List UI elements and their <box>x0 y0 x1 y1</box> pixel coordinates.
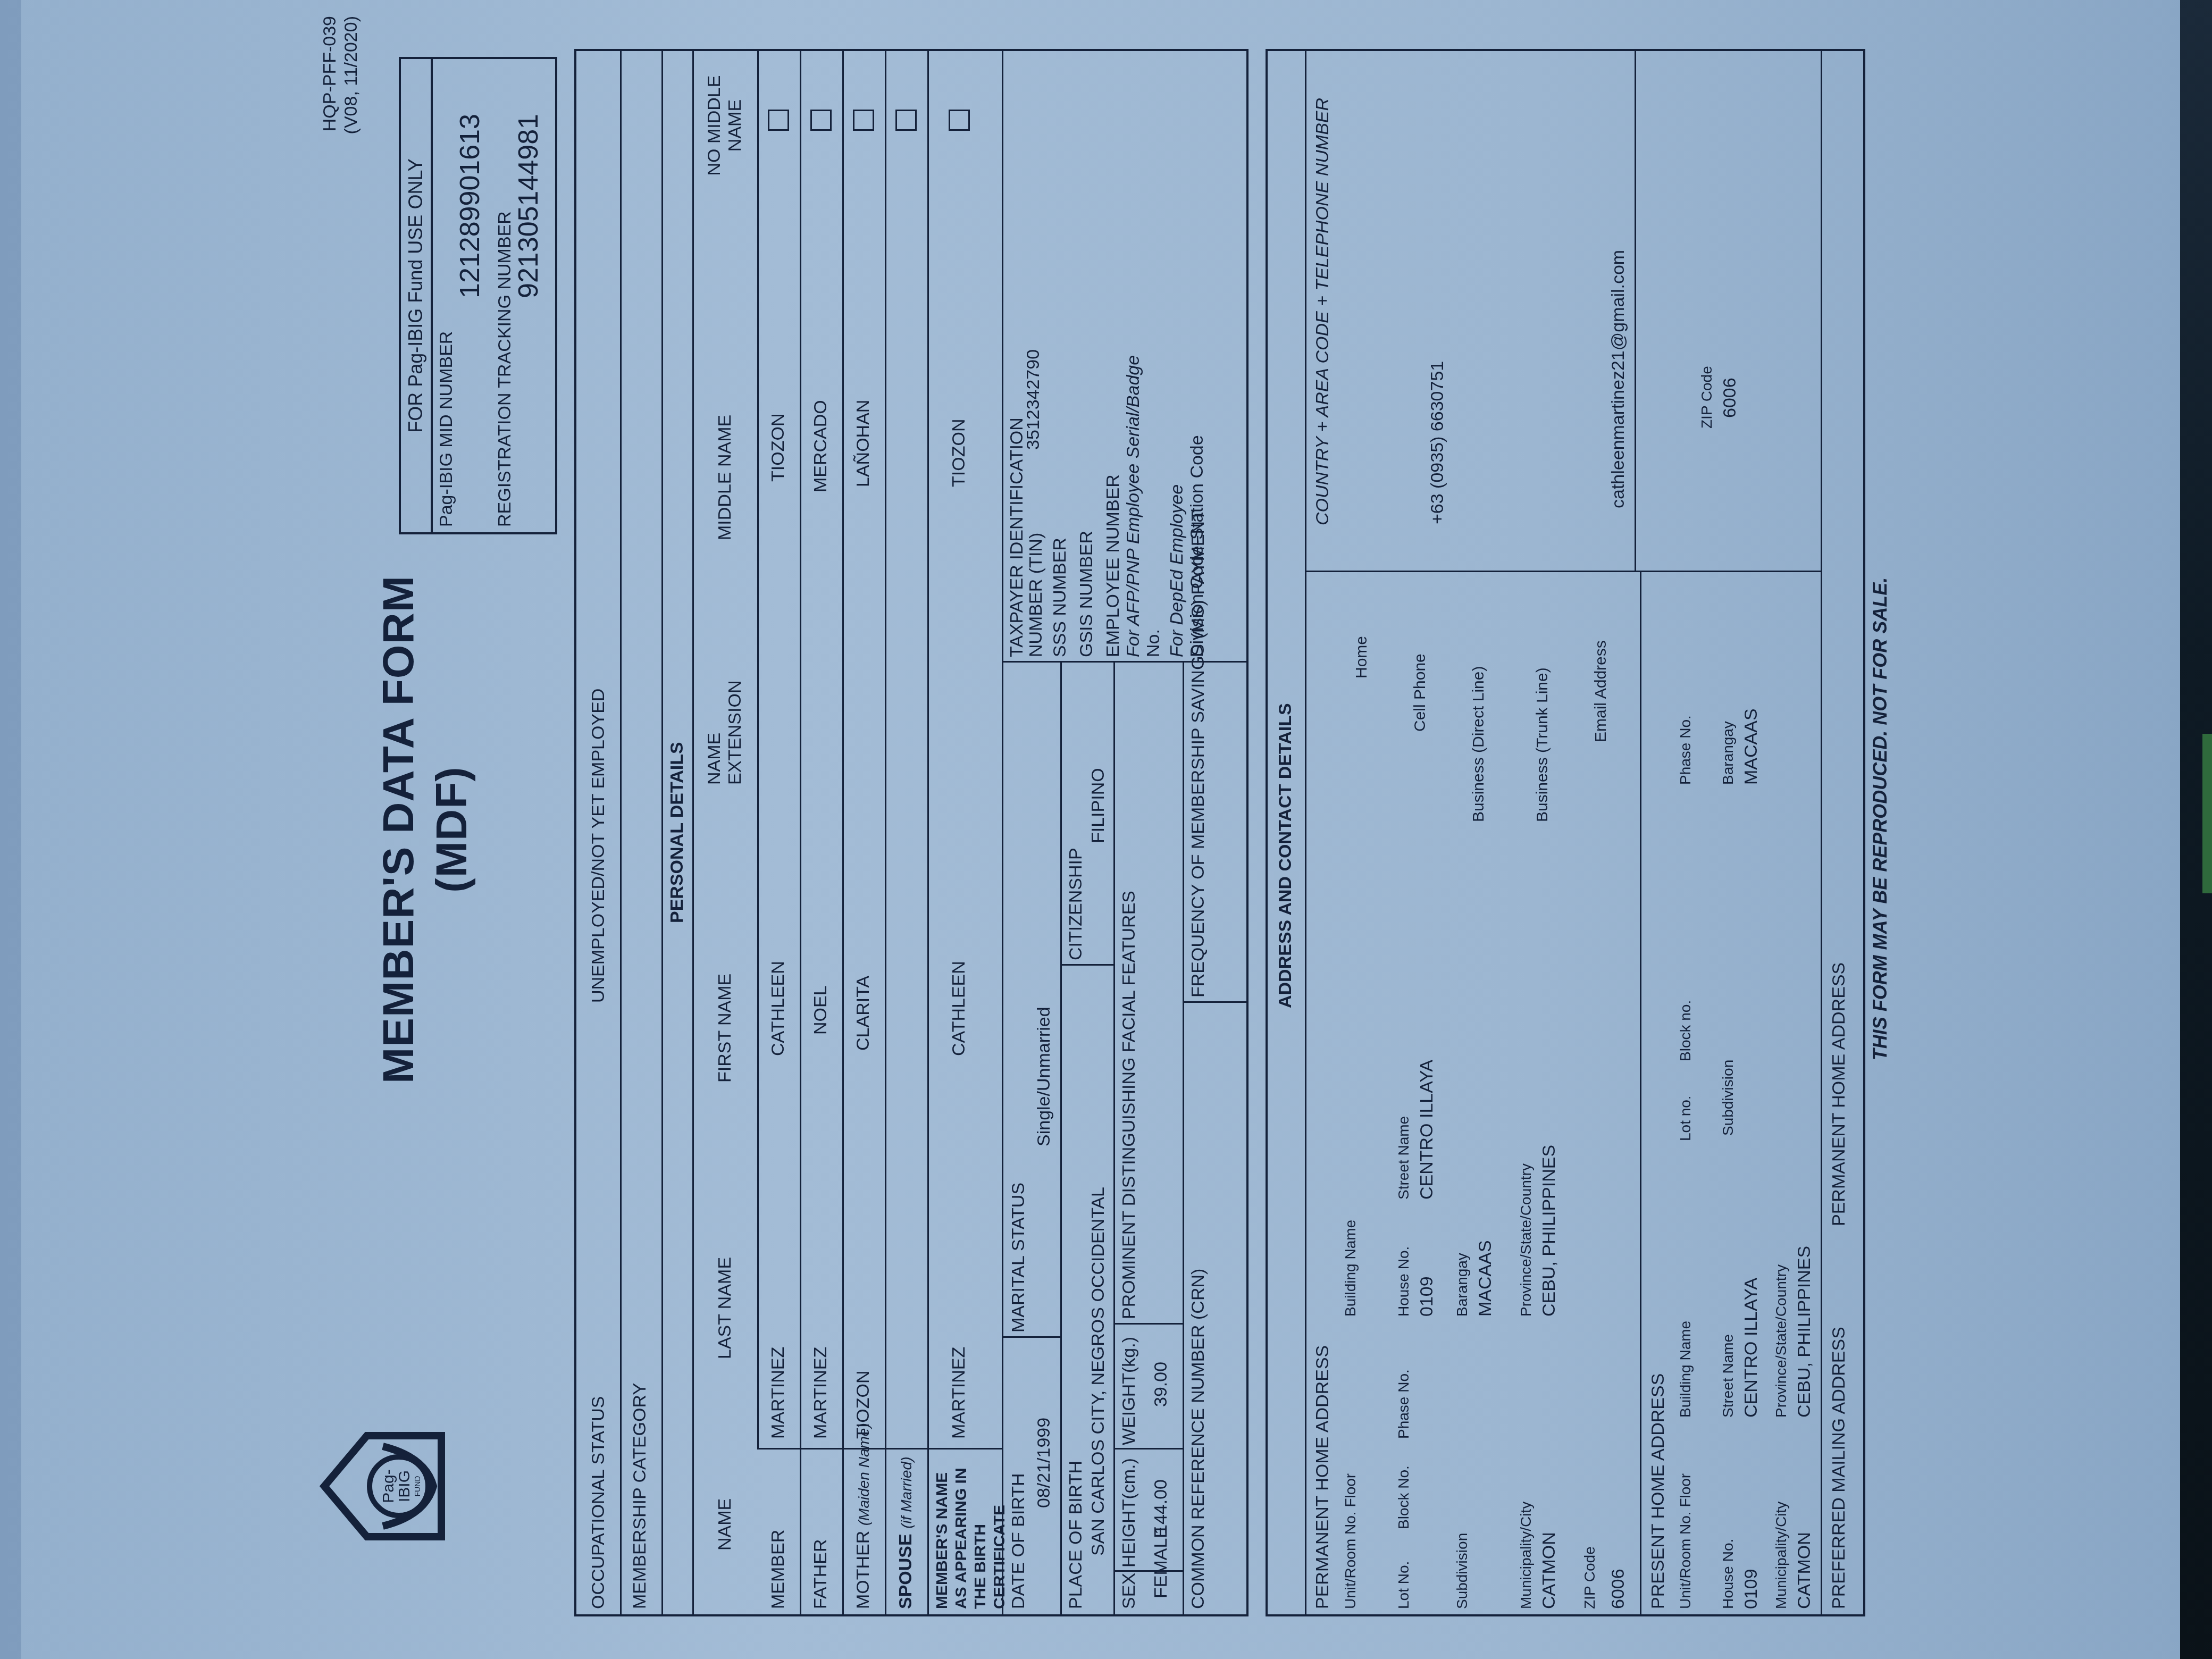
facial-features-label: PROMINENT DISTINGUISHING FACIAL FEATURES <box>1119 891 1139 1319</box>
table-divider <box>1183 1001 1246 1003</box>
dob-label: DATE OF BIRTH <box>1008 1473 1029 1609</box>
weight-value[interactable]: 39.00 <box>1151 1362 1171 1407</box>
sex-label: SEX <box>1119 1573 1139 1609</box>
last-name-field[interactable]: MARTINEZ <box>949 1347 969 1439</box>
marital-status-label: MARITAL STATUS <box>1008 1183 1029 1333</box>
table-divider <box>1821 51 1822 1614</box>
form-label: Block No. <box>1395 1465 1412 1529</box>
first-name-field[interactable]: NOEL <box>810 985 831 1035</box>
form-label: House No. <box>1720 1539 1737 1609</box>
table-divider <box>1060 964 1113 966</box>
table-divider <box>842 51 844 1614</box>
pres-province-value[interactable]: CEBU, PHILIPPINES <box>1794 1246 1815 1418</box>
employee-number-label: EMPLOYEE NUMBER For AFP/PNP Employee Ser… <box>1103 355 1207 657</box>
table-divider <box>1635 51 1636 572</box>
table-divider <box>692 51 694 1614</box>
citizenship-value[interactable]: FILIPINO <box>1088 768 1109 843</box>
preferred-mailing-label: PREFERRED MAILING ADDRESS <box>1829 1327 1849 1609</box>
membership-category-label: MEMBERSHIP CATEGORY <box>630 1383 650 1609</box>
form-label: Lot no. <box>1677 1095 1694 1141</box>
col-name: NAME <box>715 1498 735 1551</box>
table-divider <box>1002 1336 1060 1338</box>
row-label: SPOUSE (if Married) <box>895 1456 916 1609</box>
preferred-mailing-value[interactable]: PERMANENT HOME ADDRESS <box>1829 962 1849 1226</box>
table-divider <box>1640 572 1641 1614</box>
sss-value[interactable]: 3512342790 <box>1023 349 1044 450</box>
middle-name-field[interactable]: MERCADO <box>810 400 831 492</box>
form-label: Unit/Room No. Floor <box>1677 1473 1694 1609</box>
pob-label: PLACE OF BIRTH <box>1066 1461 1086 1609</box>
table-divider <box>800 51 801 1614</box>
form-label: Email Address <box>1592 640 1610 742</box>
background-object <box>2202 734 2212 893</box>
form-label: PERMANENT HOME ADDRESS <box>1312 1345 1333 1609</box>
form-version-text: (V08, 11/2020) <box>340 16 362 134</box>
form-label: Business (Direct Line) <box>1470 666 1488 822</box>
perm-province-value[interactable]: CEBU, PHILIPPINES <box>1539 1145 1560 1317</box>
table-divider <box>757 51 759 1449</box>
last-name-field[interactable]: MARTINEZ <box>810 1347 831 1439</box>
form-label: Barangay <box>1720 721 1737 785</box>
col-name-extension: NAME EXTENSION <box>704 678 745 785</box>
form-code-text: HQP-PFF-039 <box>319 16 340 134</box>
row-label: MOTHER (Maiden Name) <box>853 1423 874 1609</box>
no-middle-name-checkbox[interactable] <box>810 110 832 131</box>
svg-text:Pag-: Pag- <box>380 1469 397 1503</box>
pob-value[interactable]: SAN CARLOS CITY, NEGROS OCCIDENTAL <box>1088 1187 1109 1556</box>
address-contact-table: ADDRESS AND CONTACT DETAILS COUNTRY + AR… <box>1266 49 1865 1616</box>
table-divider <box>620 51 622 1614</box>
marital-status-value[interactable]: Single/Unmarried <box>1034 1007 1054 1146</box>
perm-zip-value[interactable]: 6006 <box>1608 1569 1629 1609</box>
perm-street-value[interactable]: CENTRO ILLAYA <box>1417 1060 1437 1200</box>
footer-notice: THIS FORM MAY BE REPRODUCED. NOT FOR SAL… <box>1869 11 1891 1627</box>
citizenship-label: CITIZENSHIP <box>1066 848 1086 960</box>
rtn-value: 921305144981 <box>513 114 544 298</box>
form-label: Province/State/Country <box>1773 1264 1790 1418</box>
form-label: Subdivision <box>1454 1533 1471 1609</box>
perm-house-no-value[interactable]: 0109 <box>1417 1276 1437 1317</box>
form-code: HQP-PFF-039 (V08, 11/2020) <box>319 16 362 134</box>
no-middle-name-checkbox[interactable] <box>895 110 917 131</box>
last-name-field[interactable]: MARTINEZ <box>768 1347 789 1439</box>
tin-label: TAXPAYER IDENTIFICATIONNUMBER (TIN) <box>1007 417 1045 657</box>
table-divider <box>885 51 886 1614</box>
last-name-field[interactable]: TIOZON <box>853 1371 874 1439</box>
pres-municipality-value[interactable]: CATMON <box>1794 1532 1815 1609</box>
middle-name-field[interactable]: LAÑOHAN <box>853 400 874 487</box>
no-middle-name-checkbox[interactable] <box>949 110 970 131</box>
cell-phone-value[interactable]: +63 (0935) 6630751 <box>1427 361 1448 524</box>
title-line-2: (MDF) <box>425 564 479 1095</box>
gsis-label: GSIS NUMBER <box>1076 531 1097 657</box>
table-divider <box>1113 1570 1183 1572</box>
pag-ibig-logo-icon: Pag- IBIG FUND <box>319 1425 452 1547</box>
pres-house-no-value[interactable]: 0109 <box>1741 1569 1762 1609</box>
form-label: House No. <box>1395 1246 1412 1317</box>
pres-zip-value[interactable]: 6006 <box>1720 378 1740 418</box>
form-label: Phase No. <box>1395 1369 1412 1439</box>
col-last-name: LAST NAME <box>715 1257 735 1359</box>
table-divider <box>1002 51 1003 1614</box>
occupational-status-value[interactable]: UNEMPLOYED/NOT YET EMPLOYED <box>588 689 609 1003</box>
first-name-field[interactable]: CLARITA <box>853 976 874 1051</box>
perm-barangay-value[interactable]: MACAAS <box>1475 1240 1496 1317</box>
form-label: Province/State/Country <box>1518 1163 1535 1317</box>
mid-number-label: Pag-IBIG MID NUMBER <box>436 331 457 527</box>
occupational-status-label: OCCUPATIONAL STATUS <box>588 1396 609 1609</box>
row-label: MEMBER'S NAME AS APPEARING IN THE BIRTH … <box>933 1449 1009 1609</box>
first-name-field[interactable]: CATHLEEN <box>949 961 969 1056</box>
table-divider <box>1060 663 1062 1614</box>
height-value[interactable]: 144.00 <box>1151 1479 1171 1535</box>
form-label: Home <box>1353 636 1371 678</box>
form-label: Building Name <box>1677 1321 1694 1418</box>
row-label: MEMBER <box>768 1530 789 1609</box>
table-divider <box>927 51 929 1614</box>
personal-details-table: OCCUPATIONAL STATUS UNEMPLOYED/NOT YET E… <box>574 49 1249 1616</box>
form-label: Municipality/City <box>1773 1502 1790 1609</box>
form-label: Subdivision <box>1720 1060 1737 1136</box>
form-label: Street Name <box>1395 1116 1412 1200</box>
form-label: Cell Phone <box>1411 653 1429 732</box>
table-divider <box>1305 571 1821 572</box>
crn-label: COMMON REFERENCE NUMBER (CRN) <box>1188 1269 1209 1609</box>
page-title: MEMBER'S DATA FORM (MDF) <box>372 564 479 1095</box>
title-line-1: MEMBER'S DATA FORM <box>372 564 425 1095</box>
table-divider <box>1113 1323 1183 1325</box>
form-label: Street Name <box>1720 1334 1737 1418</box>
first-name-field[interactable]: CATHLEEN <box>768 961 789 1056</box>
form-label: ZIP Code <box>1581 1546 1598 1609</box>
form-label: Unit/Room No. Floor <box>1342 1473 1359 1609</box>
form-label: PRESENT HOME ADDRESS <box>1648 1373 1669 1609</box>
table-divider <box>661 51 663 1614</box>
form-label: ZIP Code <box>1698 366 1715 429</box>
perm-municipality-value[interactable]: CATMON <box>1539 1532 1560 1609</box>
pres-barangay-value[interactable]: MACAAS <box>1741 708 1762 785</box>
row-label: FATHER <box>810 1539 831 1609</box>
form-label: Municipality/City <box>1518 1502 1535 1609</box>
no-middle-name-checkbox[interactable] <box>853 110 874 131</box>
form-label: Business (Trunk Line) <box>1534 667 1552 822</box>
middle-name-field[interactable]: TIOZON <box>768 414 789 482</box>
table-divider <box>1305 51 1306 1614</box>
no-middle-name-checkbox[interactable] <box>768 110 789 131</box>
table-divider <box>1183 663 1184 1614</box>
pres-street-value[interactable]: CENTRO ILLAYA <box>1741 1278 1762 1418</box>
col-no-middle-name: NO MIDDLE NAME <box>704 72 745 179</box>
svg-text:FUND: FUND <box>413 1476 422 1497</box>
personal-details-heading: PERSONAL DETAILS <box>667 742 688 923</box>
form-label: Lot No. <box>1395 1561 1412 1609</box>
table-divider <box>1113 663 1115 1614</box>
form-label: Barangay <box>1454 1253 1471 1317</box>
col-middle-name: MIDDLE NAME <box>715 415 735 540</box>
fund-use-only-box: FOR Pag-IBIG Fund USE ONLY Pag-IBIG MID … <box>399 57 557 534</box>
middle-name-field[interactable]: TIOZON <box>949 419 969 487</box>
email-value[interactable]: cathleenmartinez21@gmail.com <box>1608 250 1629 508</box>
dob-value[interactable]: 08/21/1999 <box>1034 1418 1054 1508</box>
table-divider <box>1113 1448 1183 1449</box>
form-label: Phase No. <box>1677 715 1694 785</box>
address-section-heading: ADDRESS AND CONTACT DETAILS <box>1275 703 1296 1008</box>
members-data-form: Pag- IBIG FUND MEMBER'S DATA FORM (MDF) … <box>298 11 1893 1627</box>
sss-label: SSS NUMBER <box>1050 538 1070 657</box>
mid-number-value: 121289901613 <box>454 114 486 298</box>
sex-value[interactable]: FEMALE <box>1151 1526 1171 1598</box>
fund-use-heading: FOR Pag-IBIG Fund USE ONLY <box>401 59 433 532</box>
form-label: Building Name <box>1342 1220 1359 1317</box>
weight-label: WEIGHT(kg.) <box>1119 1337 1139 1445</box>
form-label: Block no. <box>1677 1000 1694 1061</box>
col-first-name: FIRST NAME <box>715 974 735 1083</box>
height-label: HEIGHT(cm.) <box>1119 1458 1139 1568</box>
table-divider <box>1002 661 1246 663</box>
svg-text:IBIG: IBIG <box>396 1470 413 1502</box>
phone-format-header: COUNTRY + AREA CODE + TELEPHONE NUMBER <box>1312 51 1333 572</box>
